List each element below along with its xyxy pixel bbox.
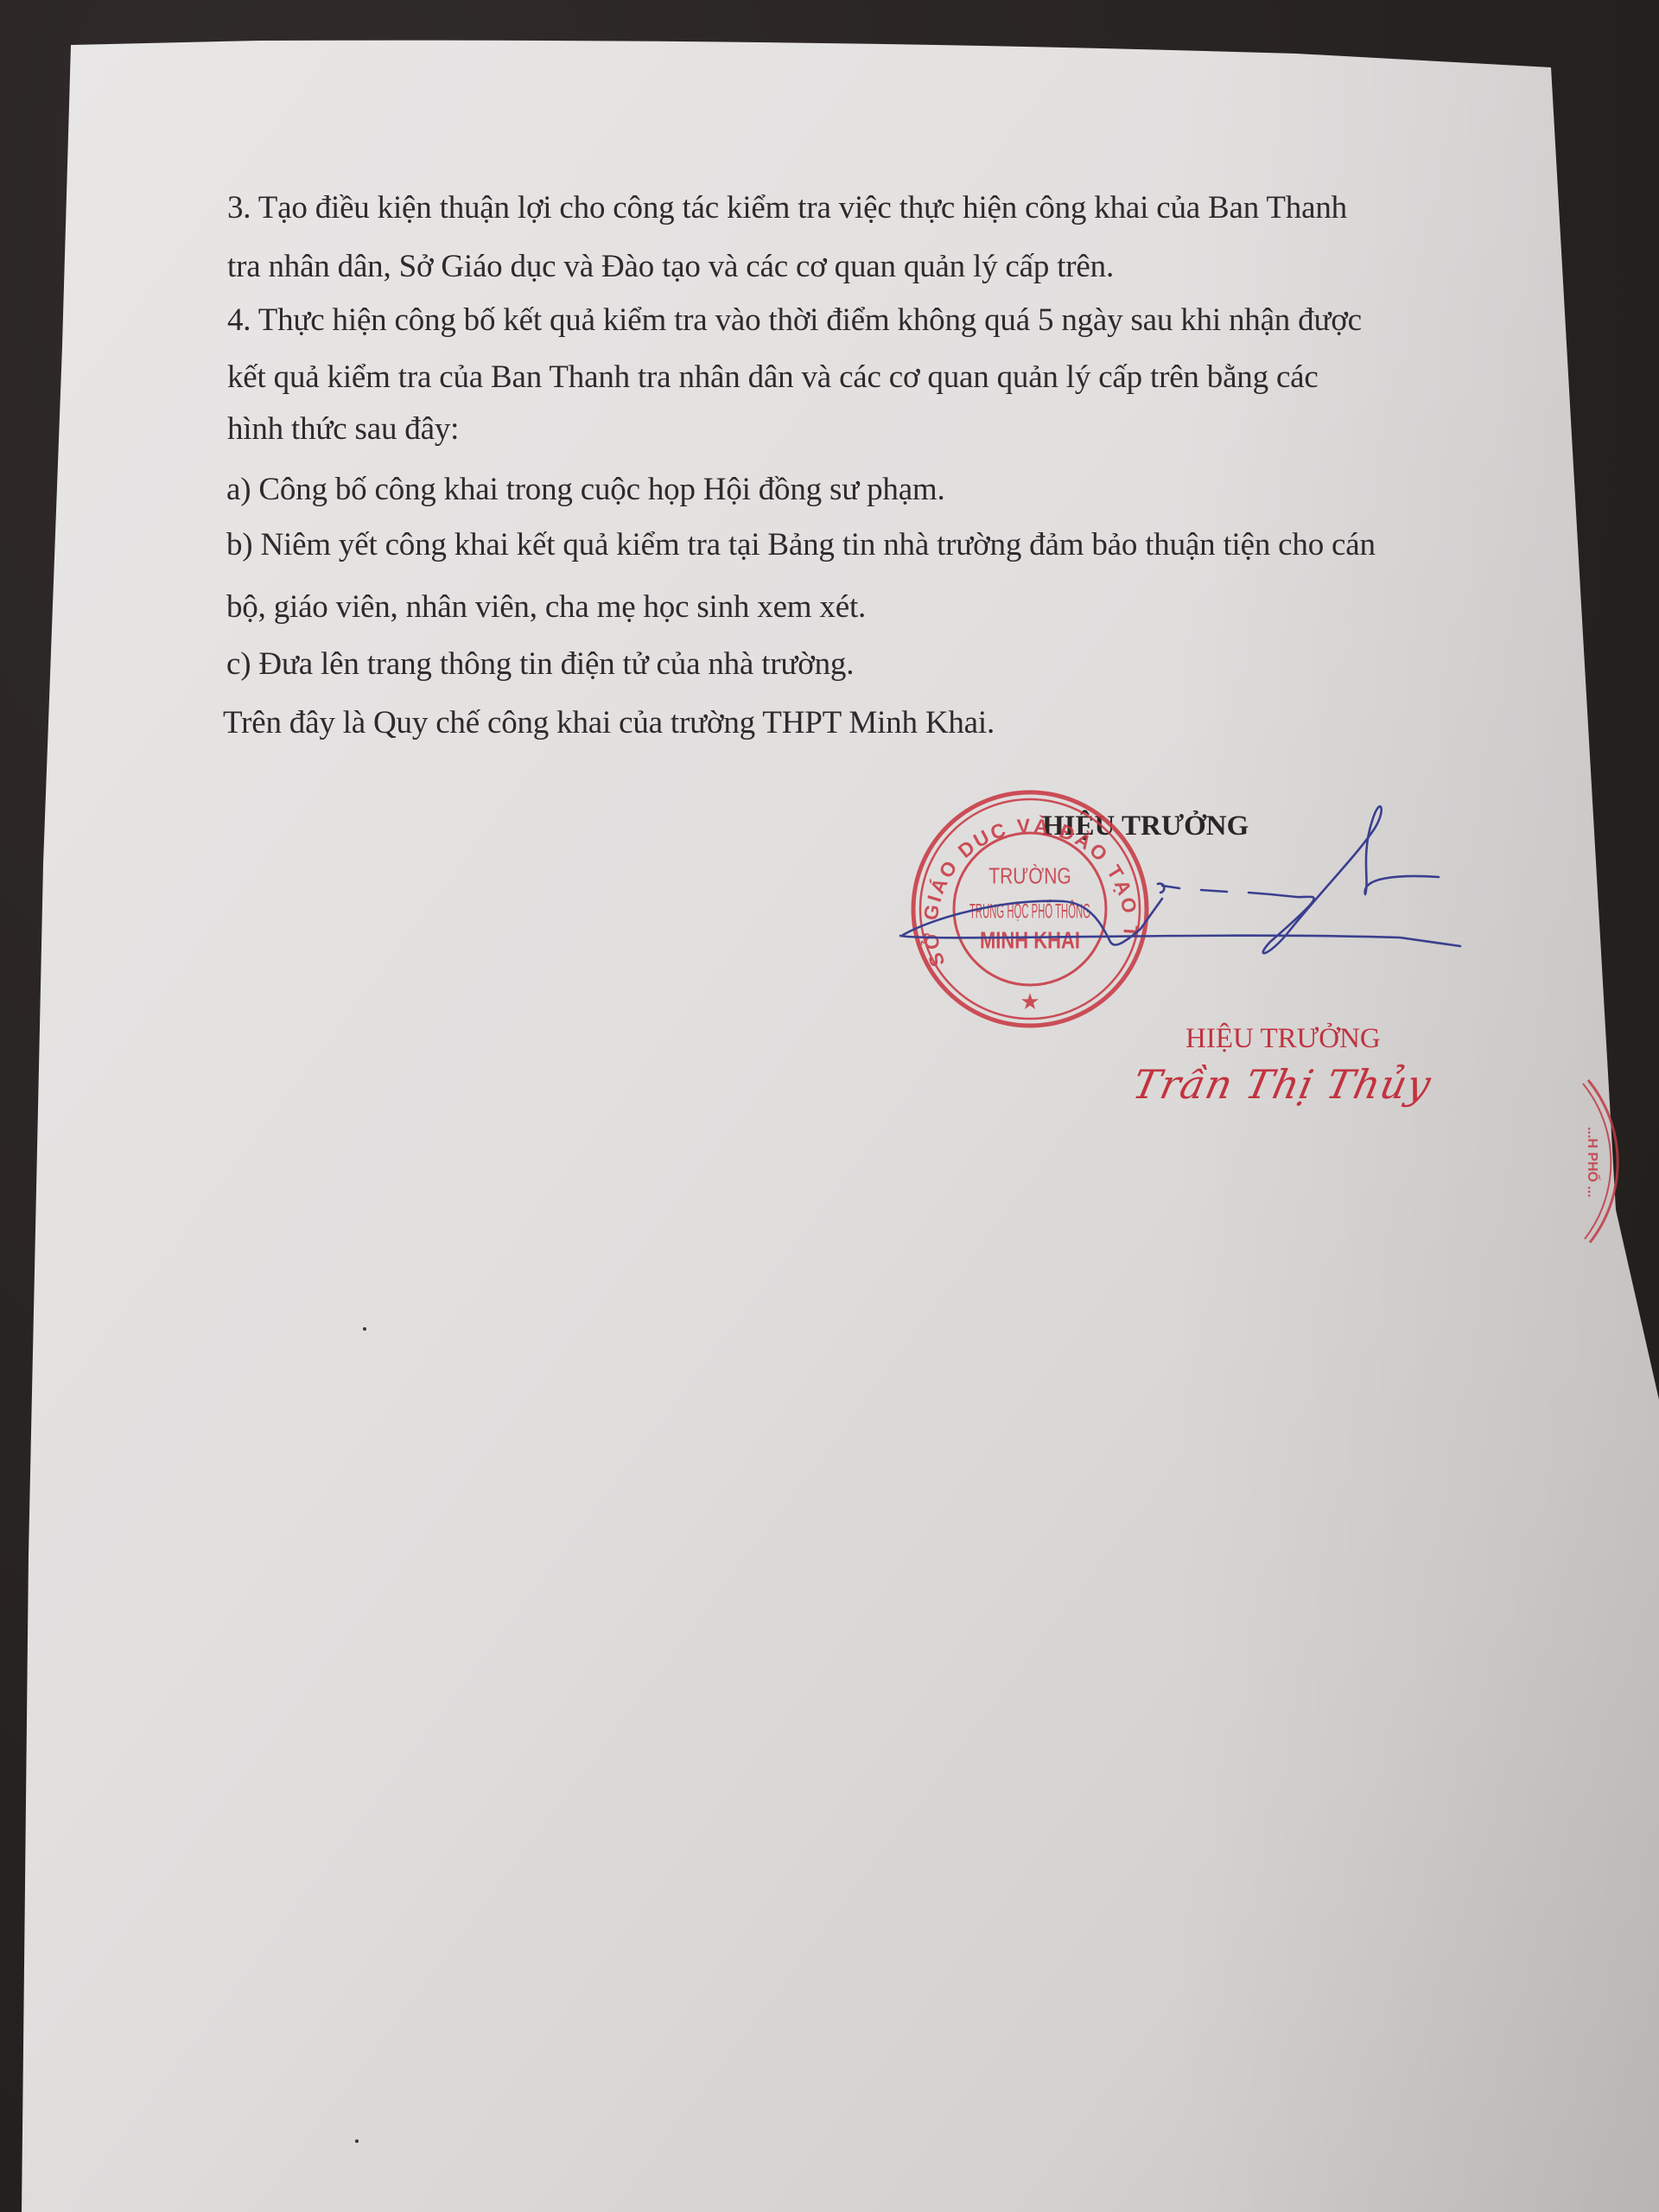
- paragraph-4-line-1: 4. Thực hiện công bố kết quả kiểm tra và…: [227, 304, 1362, 336]
- signature-title: HIỆU TRƯỞNG: [1042, 812, 1249, 841]
- paragraph-4-line-3: hình thức sau đây:: [227, 413, 459, 445]
- paragraph-4-line-2: kết quả kiểm tra của Ban Thanh tra nhân …: [227, 361, 1319, 393]
- paper-speck: [355, 2139, 359, 2143]
- paper-speck: [363, 1327, 366, 1331]
- item-a: a) Công bố công khai trong cuộc họp Hội …: [226, 474, 945, 505]
- item-b-line-1: b) Niêm yết công khai kết quả kiểm tra t…: [226, 529, 1376, 561]
- closing-statement: Trên đây là Quy chế công khai của trường…: [223, 707, 995, 739]
- stamped-title: HIỆU TRƯỞNG: [1185, 1025, 1381, 1053]
- paragraph-3-line-2: tra nhân dân, Sở Giáo dục và Đào tạo và …: [227, 251, 1114, 283]
- principal-name: Trần Thị Thủy: [1129, 1065, 1434, 1104]
- item-c: c) Đưa lên trang thông tin điện tử của n…: [226, 648, 854, 680]
- item-b-line-2: bộ, giáo viên, nhân viên, cha mẹ học sin…: [226, 591, 866, 623]
- photo-frame: 3. Tạo điều kiện thuận lợi cho công tác …: [0, 0, 1659, 2212]
- paragraph-3-line-1: 3. Tạo điều kiện thuận lợi cho công tác …: [227, 192, 1347, 224]
